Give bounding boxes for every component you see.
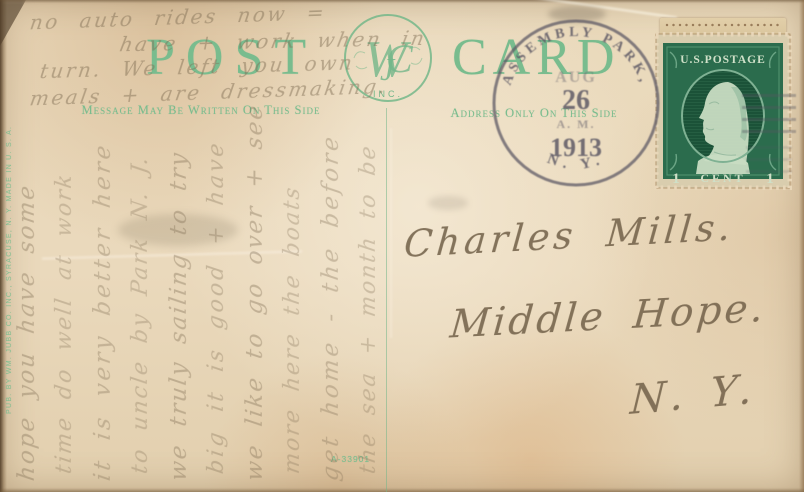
worn-top-edge xyxy=(0,0,804,3)
postcard-scan: POST CARD W C J INC. Message May Be Writ… xyxy=(0,0,804,492)
monogram-letter-j: J xyxy=(380,51,396,87)
address-town: Middle Hope. xyxy=(448,286,768,348)
worn-right-edge xyxy=(799,0,804,492)
paper-crease xyxy=(390,128,392,338)
cancel-killer-bars xyxy=(742,94,796,140)
message-column: time do well at work xyxy=(52,126,77,476)
message-column: we like to go over + see xyxy=(242,133,268,483)
publisher-monogram-icon: W C J INC. xyxy=(342,12,434,106)
message-column: get home - the before xyxy=(318,133,344,483)
postmark-town: ASSEMBLY PARK, xyxy=(500,25,652,87)
post-title: POST xyxy=(146,28,317,87)
worn-bottom-edge xyxy=(0,488,804,492)
stamp-denomination-right: 1 xyxy=(766,171,774,187)
stamp-corner-laurels-icon xyxy=(670,52,776,170)
worn-left-edge xyxy=(0,0,7,492)
message-side-note: Message May Be Written On This Side xyxy=(64,103,338,118)
message-column: more here the boats xyxy=(280,126,305,476)
postmark-day: 26 xyxy=(562,85,590,116)
stamp-denomination-word: CENT xyxy=(700,171,745,185)
postage-stamp: U.S.POSTAGE 1 CENT 1 xyxy=(654,32,792,190)
postmark-month: AUG xyxy=(555,69,597,86)
address-state: N. Y. xyxy=(629,364,760,424)
worn-corner xyxy=(0,0,26,46)
monogram-letter-w: W xyxy=(364,31,412,88)
message-column: hope you have some xyxy=(14,133,40,483)
stamp-country-label: U.S.POSTAGE xyxy=(680,54,766,66)
center-divider-line xyxy=(386,108,387,492)
stamp-denomination-left: 1 xyxy=(672,171,680,187)
message-column: to uncle by Park N. J. xyxy=(128,126,153,476)
plate-number: A-33901 xyxy=(331,454,370,464)
message-column: we truly sailing to try xyxy=(166,133,192,483)
pencil-smudge xyxy=(118,214,238,246)
cancel-killer-bars xyxy=(746,146,792,180)
monogram-letter-c: C xyxy=(386,36,414,81)
address-side-note: Address Only On This Side xyxy=(426,106,642,121)
monogram-inc-label: INC. xyxy=(373,89,403,99)
svg-text:ASSEMBLY PARK,: ASSEMBLY PARK, xyxy=(500,25,652,87)
stamp-selvage xyxy=(660,18,786,44)
postmark-year: 1913 xyxy=(550,133,602,162)
postmark: ASSEMBLY PARK, N. Y. AUG 26 A. M. 1913 xyxy=(487,14,665,192)
message-column: the sea + month to be xyxy=(356,126,381,476)
message-line: no auto rides now = xyxy=(28,0,328,34)
selvage-perforations xyxy=(664,22,782,28)
pencil-smudge xyxy=(428,196,468,210)
card-title: CARD xyxy=(452,28,620,87)
message-line: meals + are dressmaking. xyxy=(28,74,389,111)
message-column: it is very better here xyxy=(90,133,116,483)
message-line: have + work when in xyxy=(118,26,429,57)
message-line: turn. We left you own xyxy=(38,51,355,84)
postmark-meridiem: A. M. xyxy=(557,117,596,131)
ink-smudge xyxy=(548,6,606,22)
svg-text:N. Y.: N. Y. xyxy=(545,151,607,173)
address-name: Charles Mills. xyxy=(402,205,736,266)
publisher-edge-imprint: PUB. BY WM. JUBB CO. INC., SYRACUSE, N. … xyxy=(6,60,13,414)
message-column: big it is good + have xyxy=(204,126,229,476)
postmark-state: N. Y. xyxy=(545,151,607,173)
paper-crease xyxy=(42,250,302,259)
washington-portrait-icon xyxy=(696,82,750,174)
